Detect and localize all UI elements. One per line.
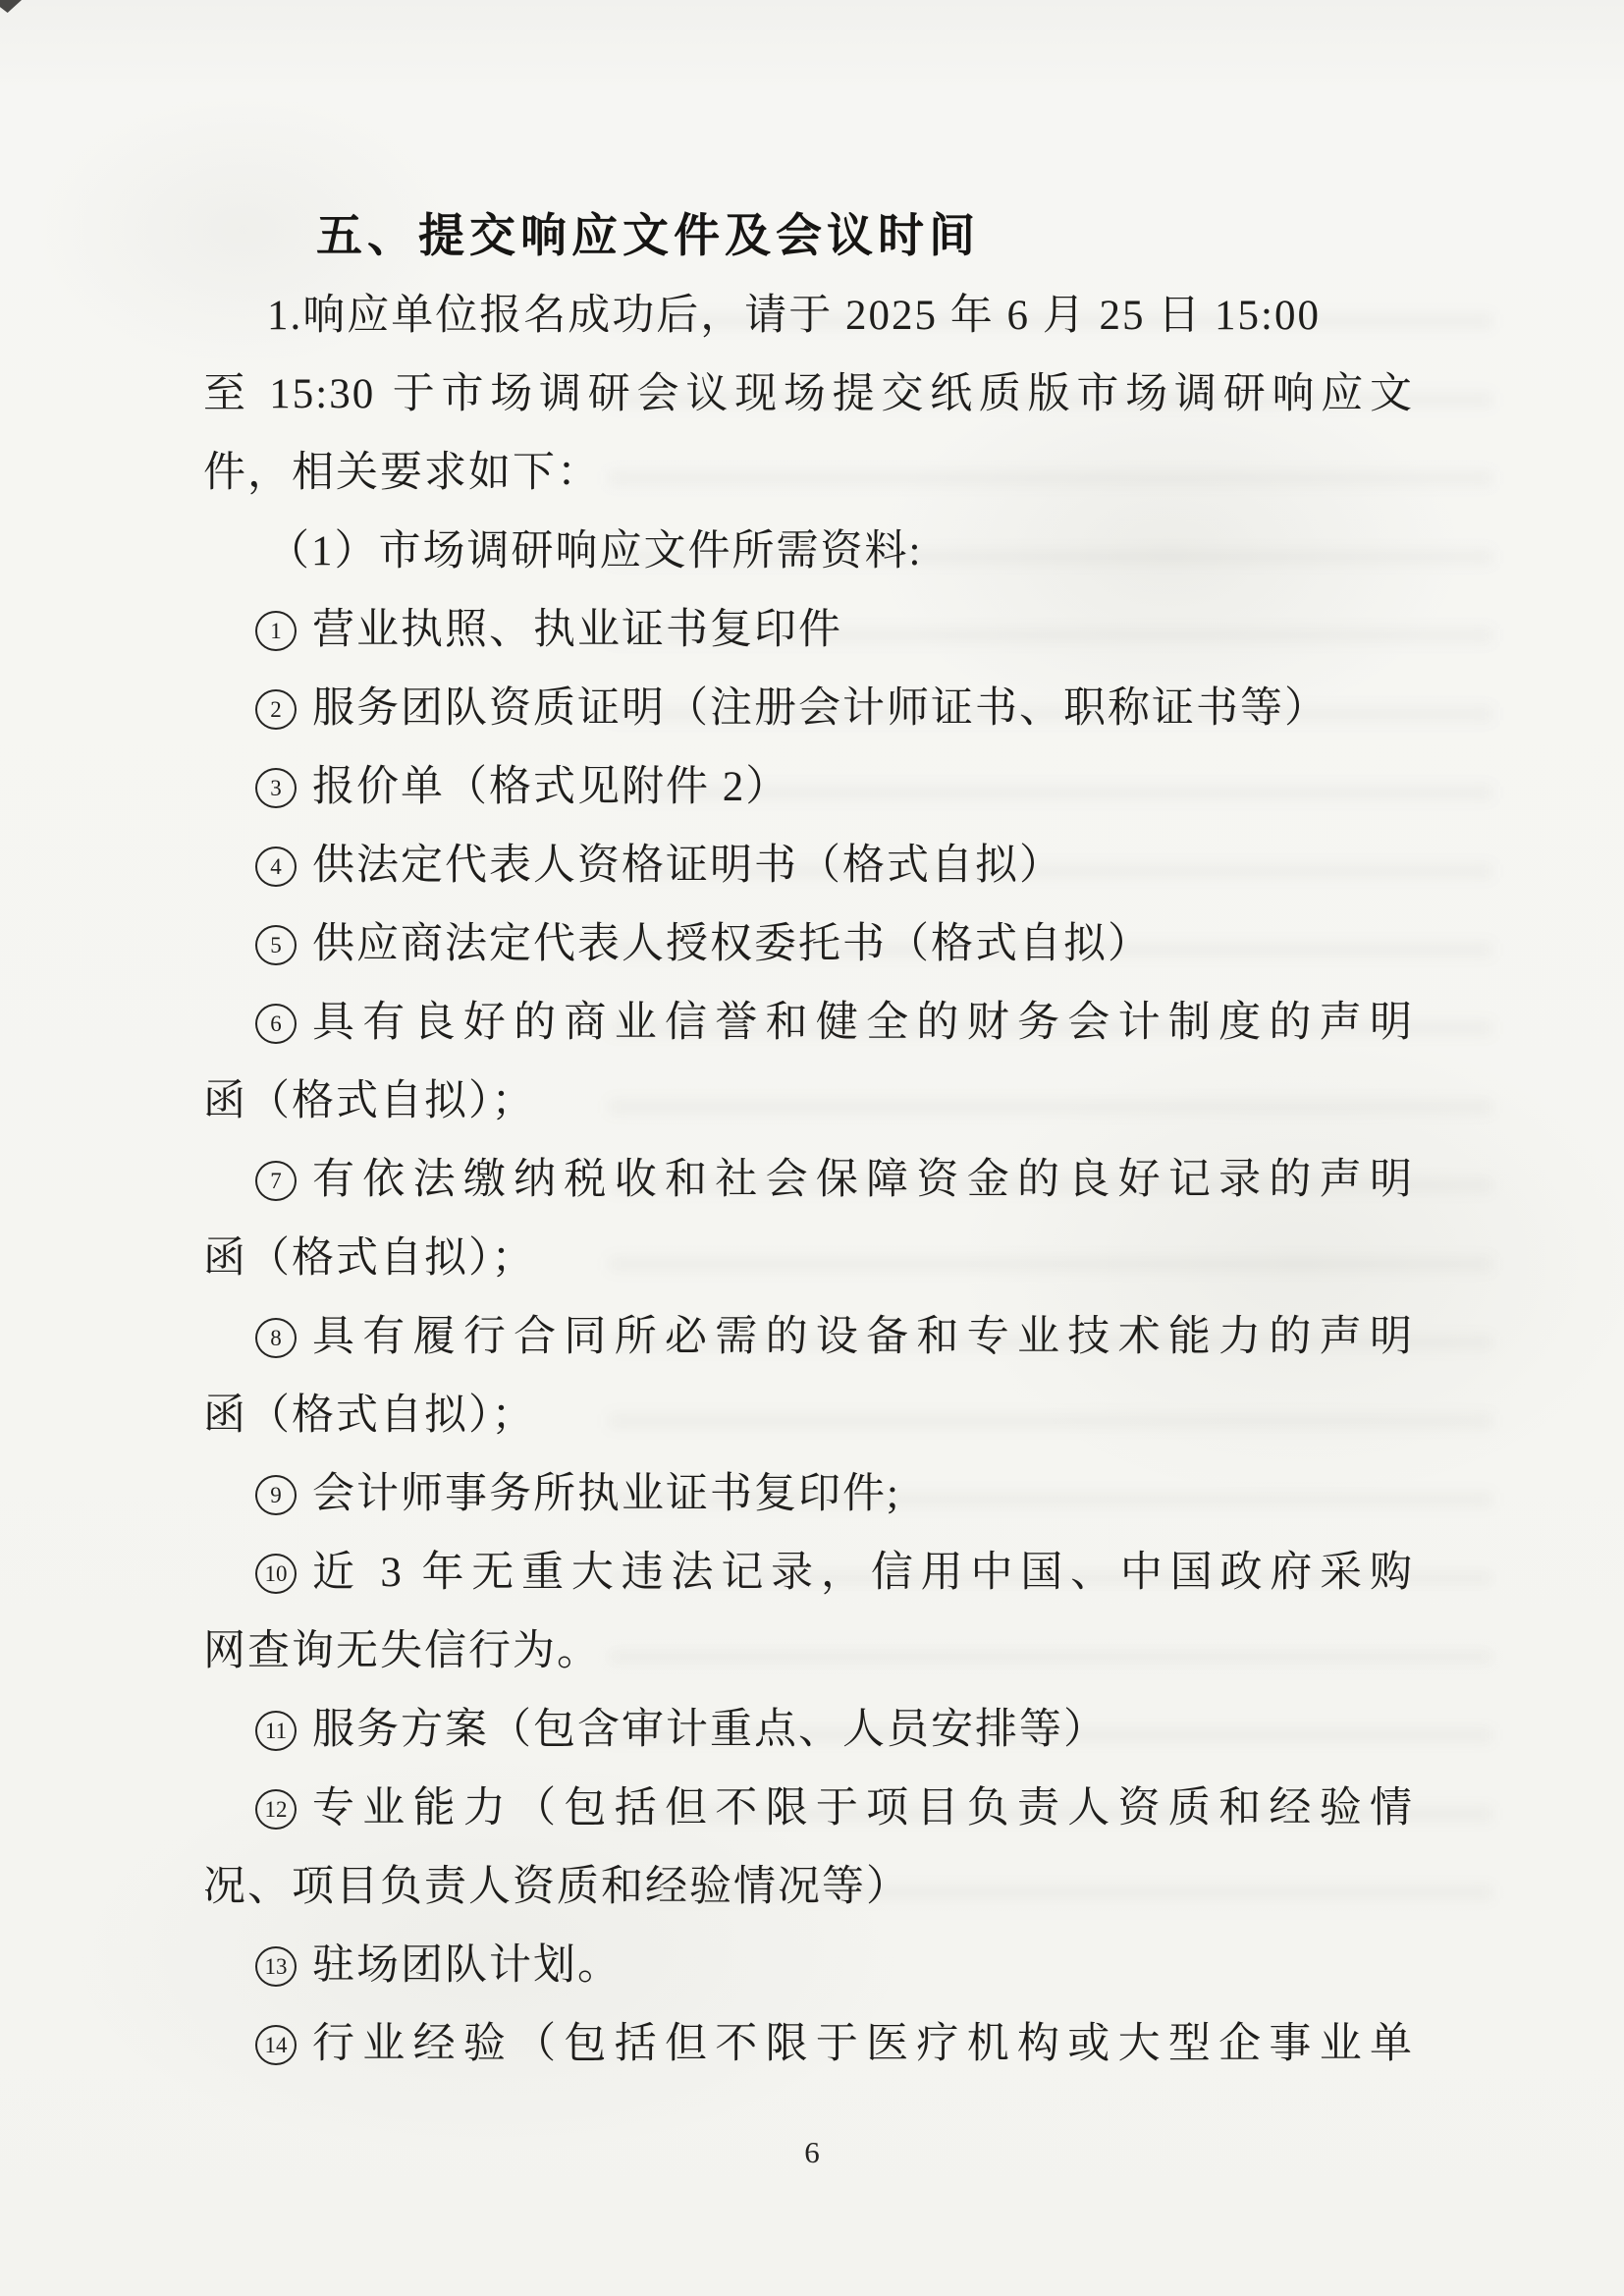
item-text: 供应商法定代表人授权委托书（格式自拟）	[312, 905, 1414, 984]
requirement-item-11: 11 服务方案（包含审计重点、人员安排等）	[203, 1691, 1414, 1770]
item-line: 4 供法定代表人资格证明书（格式自拟）	[255, 827, 1414, 905]
item-text: 报价单（格式见附件 2）	[312, 748, 1414, 827]
intro-line-2: 至 15:30 于市场调研会议现场提交纸质版市场调研响应文	[203, 355, 1414, 434]
requirement-item-2: 2 服务团队资质证明（注册会计师证书、职称证书等）	[203, 670, 1414, 748]
item-text: 会计师事务所执业证书复印件;	[312, 1455, 1414, 1534]
item-line: 10 近 3 年无重大违法记录，信用中国、中国政府采购	[255, 1534, 1414, 1613]
circled-number-12: 12	[255, 1789, 297, 1830]
item-text: 营业执照、执业证书复印件	[312, 591, 1414, 670]
circled-number-2: 2	[255, 689, 297, 730]
circled-number-5: 5	[255, 925, 297, 965]
requirement-item-10: 10 近 3 年无重大违法记录，信用中国、中国政府采购 网查询无失信行为。	[203, 1534, 1414, 1691]
item-line: 2 服务团队资质证明（注册会计师证书、职称证书等）	[255, 670, 1414, 748]
scanned-document-page: 五、提交响应文件及会议时间 1.响应单位报名成功后，请于 2025 年 6 月 …	[0, 0, 1624, 2296]
circled-number-7: 7	[255, 1161, 297, 1201]
item-continuation: 函（格式自拟）；	[203, 1220, 1414, 1298]
scan-corner-artifact	[0, 0, 22, 13]
requirement-item-14: 14 行业经验（包括但不限于医疗机构或大型企事业单	[203, 2005, 1414, 2084]
circled-number-9: 9	[255, 1475, 297, 1515]
item-text: 行业经验（包括但不限于医疗机构或大型企事业单	[312, 2005, 1414, 2084]
item-line: 11 服务方案（包含审计重点、人员安排等）	[255, 1691, 1414, 1770]
item-text: 具有良好的商业信誉和健全的财务会计制度的声明	[312, 984, 1414, 1063]
requirement-item-1: 1 营业执照、执业证书复印件	[203, 591, 1414, 670]
item-line: 1 营业执照、执业证书复印件	[255, 591, 1414, 670]
circled-number-10: 10	[255, 1554, 297, 1594]
requirement-item-6: 6 具有良好的商业信誉和健全的财务会计制度的声明 函（格式自拟）；	[203, 984, 1414, 1141]
page-number: 6	[0, 2133, 1624, 2172]
item-continuation: 网查询无失信行为。	[203, 1613, 1414, 1691]
item-line: 6 具有良好的商业信誉和健全的财务会计制度的声明	[255, 984, 1414, 1063]
item-text: 近 3 年无重大违法记录，信用中国、中国政府采购	[312, 1534, 1414, 1613]
item-text: 供法定代表人资格证明书（格式自拟）	[312, 827, 1414, 905]
item-text: 服务方案（包含审计重点、人员安排等）	[312, 1691, 1414, 1770]
item-line: 14 行业经验（包括但不限于医疗机构或大型企事业单	[255, 2005, 1414, 2084]
item-line: 5 供应商法定代表人授权委托书（格式自拟）	[255, 905, 1414, 984]
item-text: 驻场团队计划。	[312, 1927, 1414, 2005]
item-text: 专业能力（包括但不限于项目负责人资质和经验情	[312, 1770, 1414, 1848]
intro-line-1: 1.响应单位报名成功后，请于 2025 年 6 月 25 日 15:00	[267, 277, 1414, 355]
item-continuation: 函（格式自拟）；	[203, 1063, 1414, 1141]
circled-number-14: 14	[255, 2025, 297, 2065]
item-continuation: 况、项目负责人资质和经验情况等）	[203, 1848, 1414, 1927]
requirement-item-5: 5 供应商法定代表人授权委托书（格式自拟）	[203, 905, 1414, 984]
intro-line-3: 件，相关要求如下：	[203, 434, 1414, 513]
circled-number-3: 3	[255, 768, 297, 808]
subsection-title: （1）市场调研响应文件所需资料:	[267, 513, 1414, 591]
circled-number-4: 4	[255, 847, 297, 887]
circled-number-13: 13	[255, 1946, 297, 1987]
requirement-item-7: 7 有依法缴纳税收和社会保障资金的良好记录的声明 函（格式自拟）；	[203, 1141, 1414, 1298]
requirement-item-12: 12 专业能力（包括但不限于项目负责人资质和经验情 况、项目负责人资质和经验情况…	[203, 1770, 1414, 1927]
item-line: 13 驻场团队计划。	[255, 1927, 1414, 2005]
item-continuation: 函（格式自拟）；	[203, 1377, 1414, 1455]
item-text: 服务团队资质证明（注册会计师证书、职称证书等）	[312, 670, 1414, 748]
item-text: 具有履行合同所必需的设备和专业技术能力的声明	[312, 1298, 1414, 1377]
requirement-item-8: 8 具有履行合同所必需的设备和专业技术能力的声明 函（格式自拟）；	[203, 1298, 1414, 1455]
requirement-item-3: 3 报价单（格式见附件 2）	[203, 748, 1414, 827]
item-line: 7 有依法缴纳税收和社会保障资金的良好记录的声明	[255, 1141, 1414, 1220]
circled-number-1: 1	[255, 611, 297, 651]
requirement-item-9: 9 会计师事务所执业证书复印件;	[203, 1455, 1414, 1534]
item-text: 有依法缴纳税收和社会保障资金的良好记录的声明	[312, 1141, 1414, 1220]
circled-number-6: 6	[255, 1004, 297, 1044]
circled-number-8: 8	[255, 1318, 297, 1358]
circled-number-11: 11	[255, 1711, 297, 1751]
item-line: 3 报价单（格式见附件 2）	[255, 748, 1414, 827]
requirement-item-4: 4 供法定代表人资格证明书（格式自拟）	[203, 827, 1414, 905]
item-line: 9 会计师事务所执业证书复印件;	[255, 1455, 1414, 1534]
item-line: 12 专业能力（包括但不限于项目负责人资质和经验情	[255, 1770, 1414, 1848]
requirement-item-13: 13 驻场团队计划。	[203, 1927, 1414, 2005]
document-body: 五、提交响应文件及会议时间 1.响应单位报名成功后，请于 2025 年 6 月 …	[203, 208, 1414, 2084]
section-heading: 五、提交响应文件及会议时间	[316, 208, 1414, 263]
item-line: 8 具有履行合同所必需的设备和专业技术能力的声明	[255, 1298, 1414, 1377]
